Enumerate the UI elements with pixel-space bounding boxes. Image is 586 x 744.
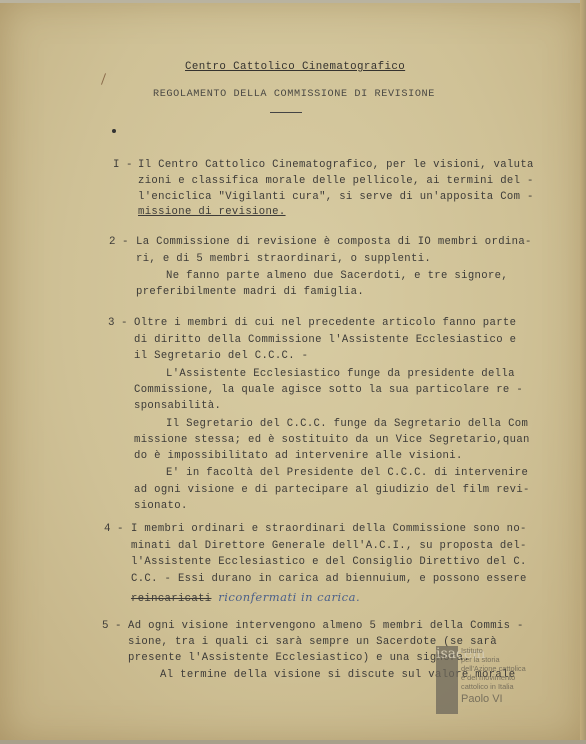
handwritten-correction: riconfermati in carica. <box>218 590 360 604</box>
document-title: REGOLAMENTO DELLA COMMISSIONE DI REVISIO… <box>153 89 435 100</box>
struck-word: reincaricati <box>131 593 212 605</box>
text-line: C.C. - Essi durano in carica ad biennuiu… <box>131 573 527 585</box>
watermark-line: per la storia <box>461 655 526 664</box>
text-line: di diritto della Commissione l'Assistent… <box>134 334 516 346</box>
watermark-line: Istituto <box>461 646 526 655</box>
text-line: L'Assistente Ecclesiastico funge da pres… <box>166 368 515 380</box>
document-page: Centro Cattolico Cinematografico REGOLAM… <box>0 0 586 744</box>
text-line: l'enciclica "Vigilanti cura", si serve d… <box>138 191 534 203</box>
section-number: 5 - <box>102 620 121 632</box>
text-line: Il Centro Cattolico Cinematografico, per… <box>138 159 534 171</box>
ink-dot <box>112 129 116 133</box>
text-line: zioni e classifica morale delle pellicol… <box>138 175 534 187</box>
text-line: E' in facoltà del Presidente del C.C.C. … <box>166 467 528 479</box>
text-line: preferibilmente madri di famiglia. <box>136 286 364 298</box>
watermark-text: Istituto per la storia dell'Azione catto… <box>461 646 526 705</box>
text-line: sionato. <box>134 500 188 512</box>
section-number: 4 - <box>104 523 123 535</box>
text-line: il Segretario del C.C.C. - <box>134 350 308 362</box>
amended-line: reincaricati riconfermati in carica. <box>131 590 360 605</box>
pen-mark <box>101 73 106 85</box>
text-line: presente l'Assistente Ecclesiastico) e u… <box>128 652 470 664</box>
section-number: 3 - <box>108 317 127 329</box>
text-line: Oltre i membri di cui nel precedente art… <box>134 317 516 329</box>
text-line: La Commissione di revisione è composta d… <box>136 236 532 248</box>
watermark-line: dell'Azione cattolica <box>461 664 526 673</box>
archive-watermark: isacem Istituto per la storia dell'Azion… <box>436 646 536 714</box>
text-line: missione stessa; ed è sostituito da un V… <box>134 434 530 446</box>
isacem-logo: isacem <box>436 646 458 714</box>
text-line: l'Assistente Ecclesiastico e del Consigl… <box>131 556 527 568</box>
text-line: Il Segretario del C.C.C. funge da Segret… <box>166 418 528 430</box>
text-line: ad ogni visione e di partecipare al giud… <box>134 484 530 496</box>
text-line: I membri ordinari e straordinari della C… <box>131 523 527 535</box>
scan-right-edge <box>580 0 586 744</box>
text-line: Ad ogni visione intervengono almeno 5 me… <box>128 620 524 632</box>
section-number: I - <box>113 159 132 171</box>
watermark-name: Paolo VI <box>461 693 526 705</box>
section-number: 2 - <box>109 236 128 248</box>
text-line: missione di revisione. <box>138 206 286 218</box>
scan-bottom-edge <box>0 740 586 744</box>
title-divider <box>270 112 302 113</box>
watermark-line: e del movimento <box>461 673 526 682</box>
watermark-line: cattolico in Italia <box>461 682 526 691</box>
text-line: ri, e di 5 membri straordinari, o supple… <box>136 253 431 265</box>
text-line: Commissione, la quale agisce sotto la su… <box>134 384 523 396</box>
text-line: Ne fanno parte almeno due Sacerdoti, e t… <box>166 270 508 282</box>
scan-top-edge <box>0 0 586 3</box>
text-line: sponsabilità. <box>134 400 221 412</box>
org-heading: Centro Cattolico Cinematografico <box>185 61 405 73</box>
text-line: minati dal Direttore Generale dell'A.C.I… <box>131 540 527 552</box>
text-line: do è impossibilitato ad intervenire alle… <box>134 450 463 462</box>
